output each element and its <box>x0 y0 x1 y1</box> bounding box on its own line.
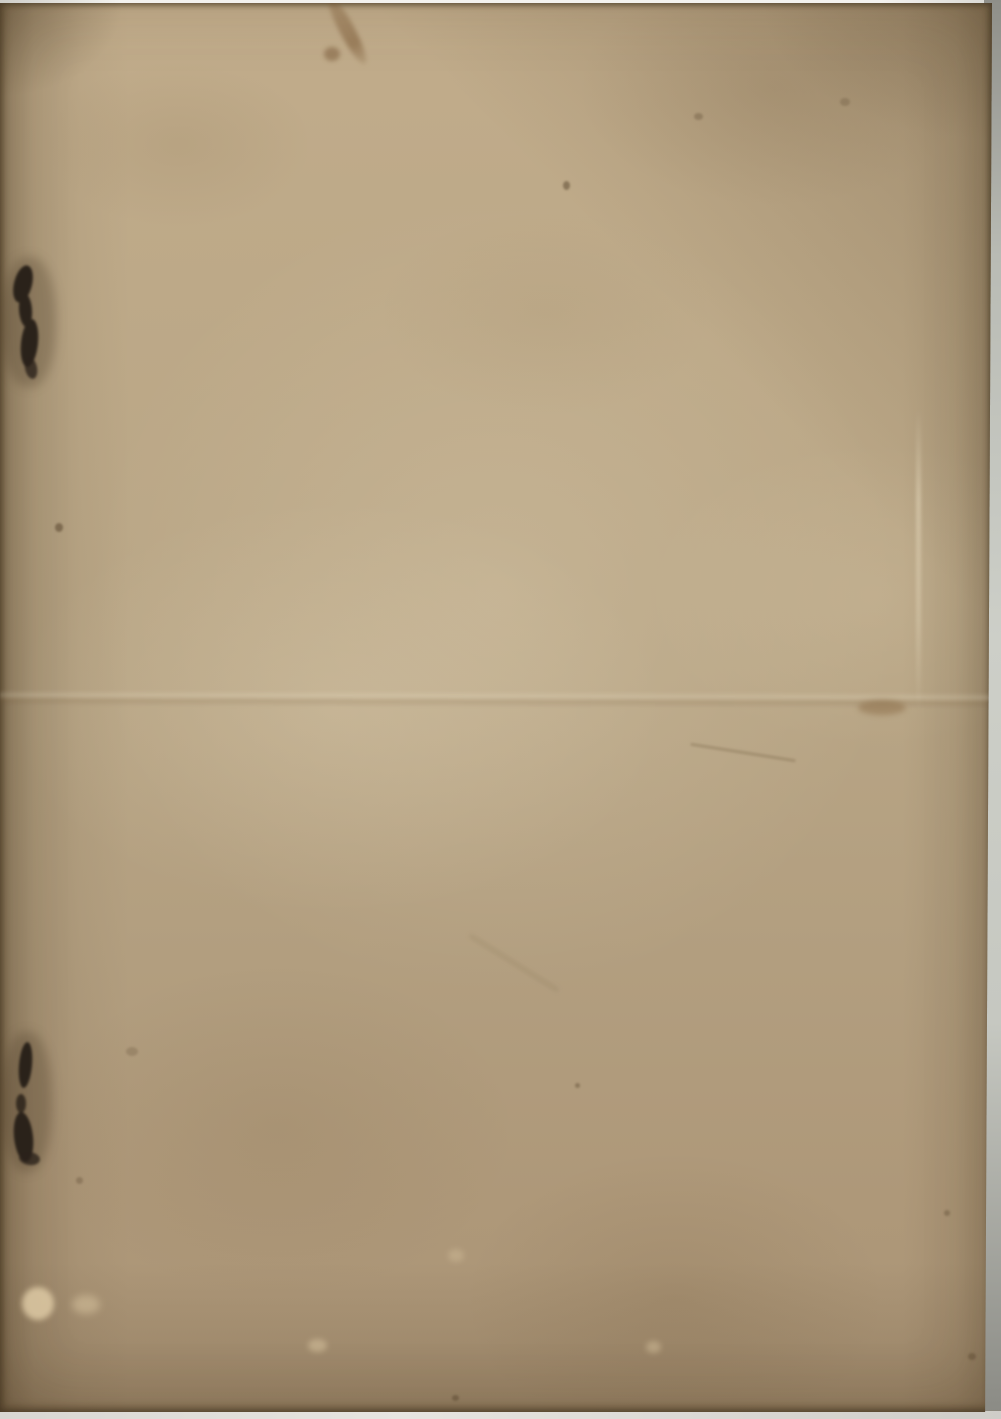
stain-speck <box>968 1353 976 1360</box>
staple-mark-top <box>8 263 50 381</box>
stain-streak-tip <box>324 47 340 61</box>
light-worn-spot <box>646 1341 661 1353</box>
light-worn-spot <box>72 1295 100 1314</box>
crease-vertical-right <box>916 408 921 713</box>
staple-ink-blob <box>16 1094 26 1113</box>
aged-paper-page <box>0 3 992 1412</box>
stain-speck <box>452 1395 459 1401</box>
crease-horizontal <box>0 690 992 710</box>
staple-mark-bottom <box>8 1038 46 1166</box>
stain-speck <box>563 181 570 190</box>
stain-speck <box>575 1083 580 1088</box>
light-worn-spot <box>22 1287 54 1320</box>
light-worn-spot <box>308 1339 327 1352</box>
light-worn-spot <box>448 1249 464 1262</box>
stain-speck <box>840 98 850 106</box>
stain-speck <box>694 113 703 120</box>
stain-speck <box>944 1210 950 1216</box>
crease-smudge <box>858 700 906 715</box>
stain-speck <box>55 523 63 532</box>
stain-speck <box>76 1177 83 1184</box>
photo-backdrop <box>0 0 1001 1419</box>
stain-speck <box>126 1047 138 1056</box>
